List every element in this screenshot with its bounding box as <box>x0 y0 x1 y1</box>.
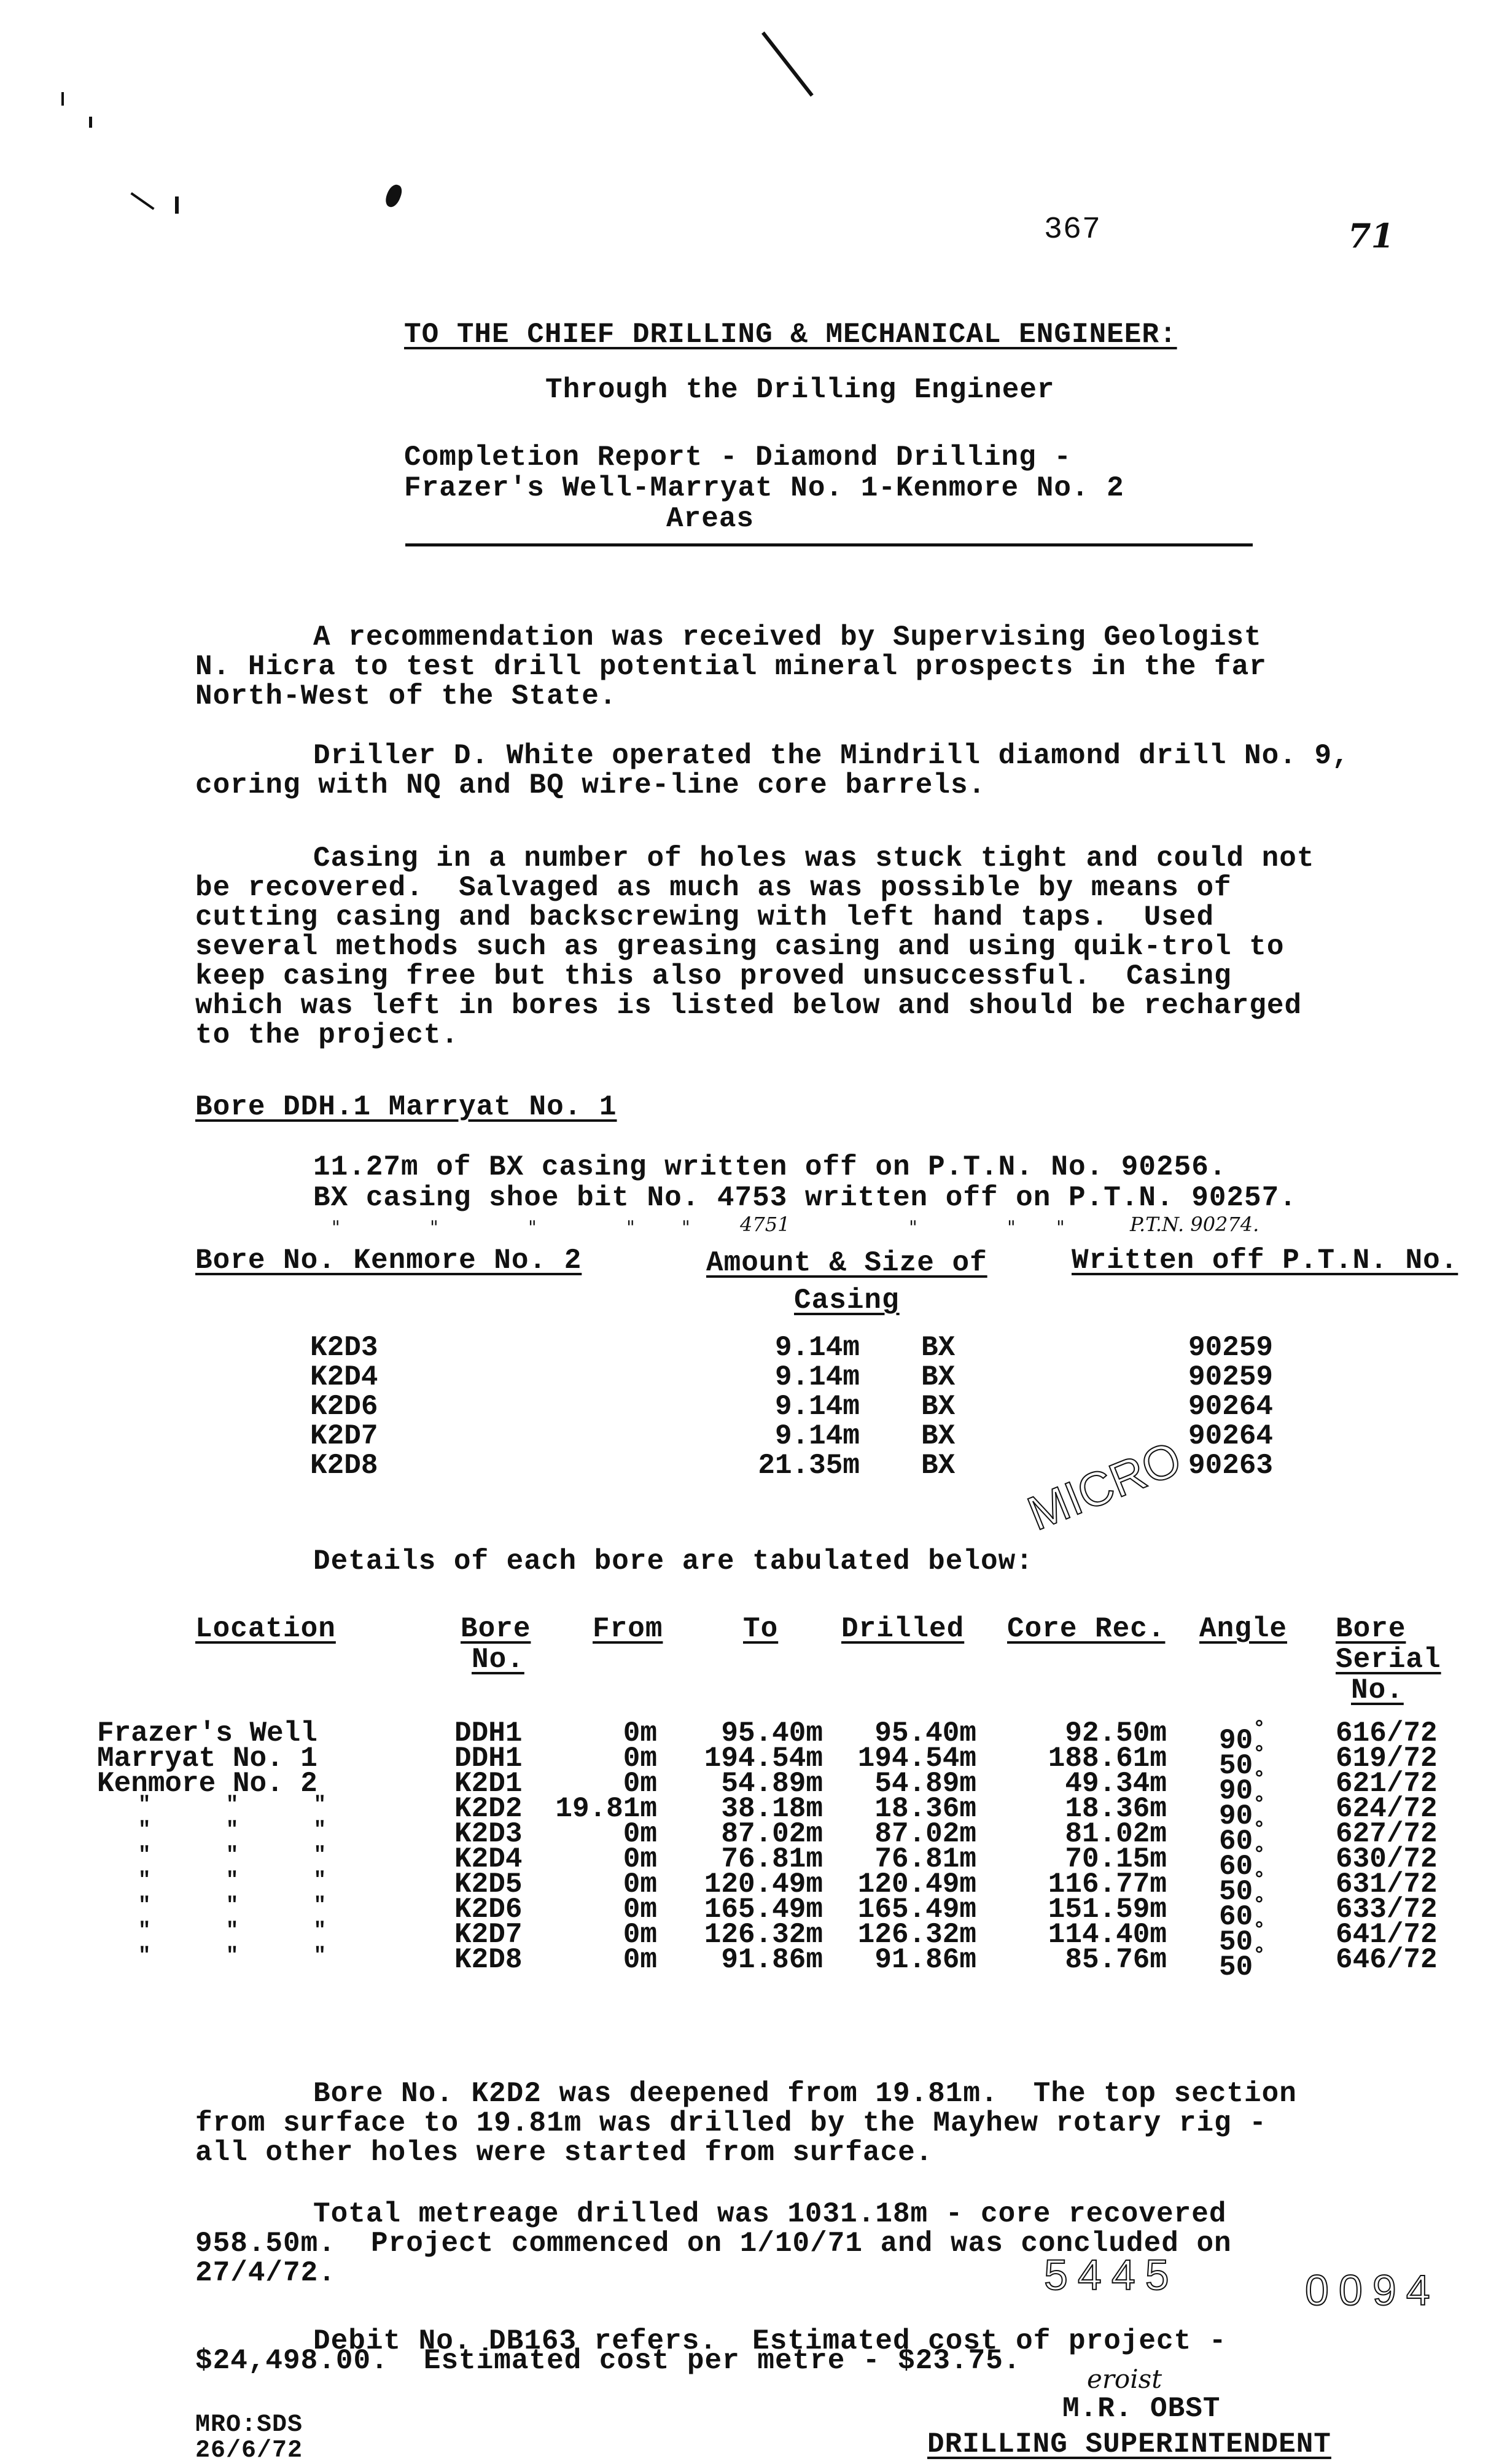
degree-symbol: ° <box>1253 1945 1265 1968</box>
bore-table-header-from: From <box>593 1615 663 1643</box>
paragraph-1-line: North-West of the State. <box>195 682 617 710</box>
casing-bore: K2D8 <box>310 1452 378 1480</box>
casing-size: BX <box>921 1422 955 1450</box>
casing-amount: 9.14m <box>651 1363 860 1391</box>
archive-number-left: 5445 <box>1044 2250 1179 2299</box>
bore-table-header-to: To <box>743 1615 778 1643</box>
signatory-title: DRILLING SUPERINTENDENT <box>927 2430 1331 2458</box>
bore-table-header-angle: Angle <box>1199 1615 1287 1643</box>
scan-artifact-slash <box>761 31 814 96</box>
casing-size: BX <box>921 1334 955 1362</box>
casing-bore: K2D7 <box>310 1422 378 1450</box>
bore-to: 91.86m <box>669 1946 823 1974</box>
k2d2-paragraph-line: all other holes were started from surfac… <box>195 2139 933 2167</box>
bore-location: " " " <box>138 1845 326 1866</box>
micro-stamp: MICRO <box>1020 1430 1189 1542</box>
marryat-section-heading: Bore DDH.1 Marryat No. 1 <box>195 1093 617 1121</box>
through-line: Through the Drilling Engineer <box>545 376 1055 404</box>
bore-core-rec: 85.76m <box>1001 1946 1167 1974</box>
paragraph-1-line: A recommendation was received by Supervi… <box>313 623 1262 651</box>
debit-paragraph-line: $24,498.00. Estimated cost per metre - $… <box>195 2347 1021 2375</box>
header-divider <box>405 543 1253 546</box>
paragraph-3-line: several methods such as greasing casing … <box>195 933 1284 961</box>
paragraph-3-line: Casing in a number of holes was stuck ti… <box>313 844 1314 873</box>
handwritten-ditto: " <box>430 1217 438 1238</box>
casing-ptn: 90263 <box>1188 1452 1273 1480</box>
handwritten-ditto: " <box>626 1217 635 1238</box>
bore-table-header-core-rec: Core Rec. <box>1007 1615 1165 1643</box>
casing-table-header-bore: Bore No. Kenmore No. 2 <box>195 1246 582 1275</box>
bore-location: " " " <box>138 1820 326 1841</box>
bore-location: " " " <box>138 1870 326 1891</box>
marryat-shoe-bit-line: BX casing shoe bit No. 4753 written off … <box>313 1184 1297 1212</box>
bore-location: " " " <box>138 1921 326 1941</box>
handwritten-ditto: " <box>332 1217 340 1238</box>
bore-angle: 50° <box>1219 1946 1266 1981</box>
casing-ptn: 90264 <box>1188 1422 1273 1450</box>
k2d2-paragraph-line: Bore No. K2D2 was deepened from 19.81m. … <box>313 2080 1297 2108</box>
bore-from: 0m <box>540 1946 657 1974</box>
casing-amount: 9.14m <box>651 1393 860 1421</box>
marryat-casing-line: 11.27m of BX casing written off on P.T.N… <box>313 1153 1226 1181</box>
degree-symbol: ° <box>1253 1819 1265 1842</box>
casing-size: BX <box>921 1452 955 1480</box>
casing-ptn: 90264 <box>1188 1393 1273 1421</box>
handwritten-ditto: " <box>1056 1217 1065 1238</box>
handwritten-ditto: " <box>682 1217 690 1238</box>
paragraph-2-line: Driller D. White operated the Mindrill d… <box>313 742 1350 770</box>
scan-artifact-dash <box>130 192 154 210</box>
bore-table-header-serial-2: Serial <box>1336 1646 1441 1674</box>
paragraph-3-line: which was left in bores is listed below … <box>195 992 1302 1020</box>
scan-artifact-dot <box>61 92 64 106</box>
handwritten-bit-number: 4751 <box>740 1213 790 1236</box>
scan-artifact-dot <box>175 196 179 214</box>
casing-ptn: 90259 <box>1188 1334 1273 1362</box>
paragraph-3-line: cutting casing and backscrewing with lef… <box>195 903 1214 931</box>
casing-size: BX <box>921 1393 955 1421</box>
bore-table-header-bore-no-2: No. <box>472 1646 524 1674</box>
total-paragraph-line: Total metreage drilled was 1031.18m - co… <box>313 2200 1226 2228</box>
total-paragraph-line: 27/4/72. <box>195 2259 336 2287</box>
scan-artifact-blot <box>383 182 404 209</box>
degree-symbol: ° <box>1253 1743 1265 1766</box>
paragraph-3-line: to the project. <box>195 1021 459 1049</box>
archive-number-right: 0094 <box>1305 2266 1440 2315</box>
handwritten-ptn: P.T.N. 90274. <box>1130 1213 1259 1236</box>
handwritten-ditto: " <box>1007 1217 1016 1238</box>
degree-symbol: ° <box>1253 1919 1265 1943</box>
details-intro: Details of each bore are tabulated below… <box>313 1547 1034 1576</box>
paragraph-3-line: keep casing free but this also proved un… <box>195 962 1232 990</box>
report-title-line-1: Completion Report - Diamond Drilling - <box>404 443 1072 472</box>
degree-symbol: ° <box>1253 1768 1265 1792</box>
casing-size: BX <box>921 1363 955 1391</box>
page-number-stamped: 367 <box>1044 215 1101 246</box>
k2d2-paragraph-line: from surface to 19.81m was drilled by th… <box>195 2109 1267 2137</box>
handwritten-ditto: " <box>528 1217 537 1238</box>
degree-symbol: ° <box>1253 1844 1265 1867</box>
page-number-handwritten: 71 <box>1348 216 1394 255</box>
degree-symbol: ° <box>1253 1894 1265 1918</box>
report-title-line-3: Areas <box>666 505 754 533</box>
signature-scrawl: eroist <box>1087 2364 1162 2394</box>
signatory-name: M.R. OBST <box>1062 2395 1220 2423</box>
bore-table-header-drilled: Drilled <box>841 1615 964 1643</box>
reference-initials: MRO:SDS <box>195 2413 303 2438</box>
degree-symbol: ° <box>1253 1794 1265 1817</box>
casing-ptn: 90259 <box>1188 1363 1273 1391</box>
casing-amount: 9.14m <box>651 1422 860 1450</box>
bore-location: " " " <box>138 1946 326 1967</box>
degree-symbol: ° <box>1253 1869 1265 1892</box>
bore-number: K2D8 <box>454 1946 522 1974</box>
casing-bore: K2D3 <box>310 1334 378 1362</box>
paragraph-2-line: coring with NQ and BQ wire-line core bar… <box>195 771 986 799</box>
paragraph-3-line: be recovered. Salvaged as much as was po… <box>195 874 1232 902</box>
addressee-heading: TO THE CHIEF DRILLING & MECHANICAL ENGIN… <box>404 321 1177 349</box>
casing-bore: K2D4 <box>310 1363 378 1391</box>
scan-artifact-dot <box>89 117 92 128</box>
casing-table-header-ptn: Written off P.T.N. No. <box>1072 1246 1458 1275</box>
report-title-line-2: Frazer's Well-Marryat No. 1-Kenmore No. … <box>404 474 1124 502</box>
bore-table-header-serial: Bore <box>1336 1615 1406 1643</box>
paragraph-1-line: N. Hicra to test drill potential mineral… <box>195 653 1267 681</box>
degree-symbol: ° <box>1253 1718 1265 1741</box>
handwritten-ditto: " <box>909 1217 917 1238</box>
casing-amount: 9.14m <box>651 1334 860 1362</box>
bore-location: " " " <box>138 1795 326 1816</box>
bore-table-header-location: Location <box>195 1615 336 1643</box>
casing-table-header-amount: Amount & Size ofCasing <box>706 1246 987 1318</box>
bore-drilled: 91.86m <box>823 1946 976 1974</box>
bore-table-header-bore-no: Bore <box>461 1615 531 1643</box>
bore-table-header-serial-3: No. <box>1351 1676 1404 1704</box>
reference-date: 26/6/72 <box>195 2439 303 2463</box>
bore-serial: 646/72 <box>1336 1946 1438 1974</box>
bore-location: " " " <box>138 1895 326 1916</box>
casing-bore: K2D6 <box>310 1393 378 1421</box>
casing-amount: 21.35m <box>651 1452 860 1480</box>
